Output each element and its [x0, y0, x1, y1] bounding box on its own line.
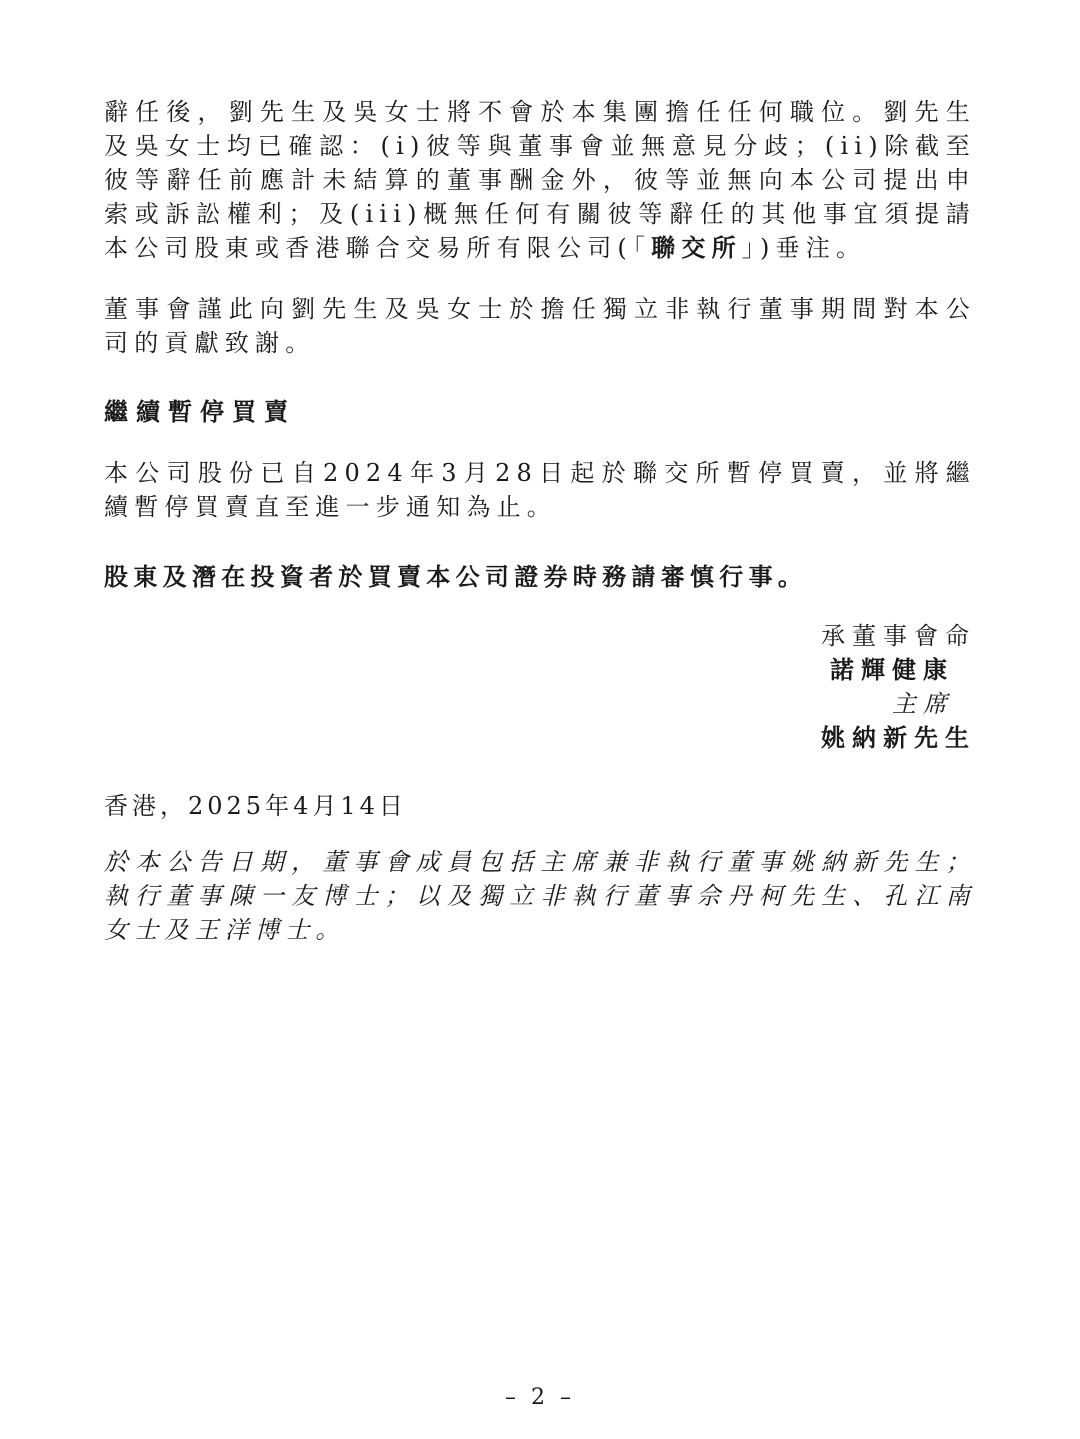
signature-block: 承董事會命 諾輝健康 主席 姚納新先生 [676, 619, 976, 755]
page-number: – 2 – [0, 1385, 1080, 1410]
signature-name: 姚納新先生 [676, 721, 976, 755]
stock-exchange-defined-term: 聯交所 [651, 233, 742, 262]
thanks-paragraph: 董事會謹此向劉先生及吳女士於擔任獨立非執行董事期間對本公司的貢獻致謝。 [104, 292, 976, 360]
signature-company: 諾輝健康 [676, 653, 976, 687]
investor-warning: 股東及潛在投資者於買賣本公司證券時務請審慎行事。 [104, 557, 807, 592]
signature-title: 主席 [676, 687, 976, 721]
board-composition-paragraph: 於本公告日期，董事會成員包括主席兼非執行董事姚納新先生；執行董事陳一友博士；以及… [104, 845, 976, 947]
place-and-date: 香港，2025年4月14日 [104, 786, 407, 821]
section-heading-suspension: 繼續暫停買賣 [104, 392, 296, 427]
resignation-paragraph: 辭任後，劉先生及吳女士將不會於本集團擔任任何職位。劉先生及吳女士均已確認：(i)… [104, 95, 976, 265]
signature-by-order: 承董事會命 [676, 619, 976, 653]
resignation-text-after: 」)垂注。 [742, 234, 866, 262]
suspension-paragraph: 本公司股份已自2024年3月28日起於聯交所暫停買賣，並將繼續暫停買賣直至進一步… [104, 456, 976, 524]
